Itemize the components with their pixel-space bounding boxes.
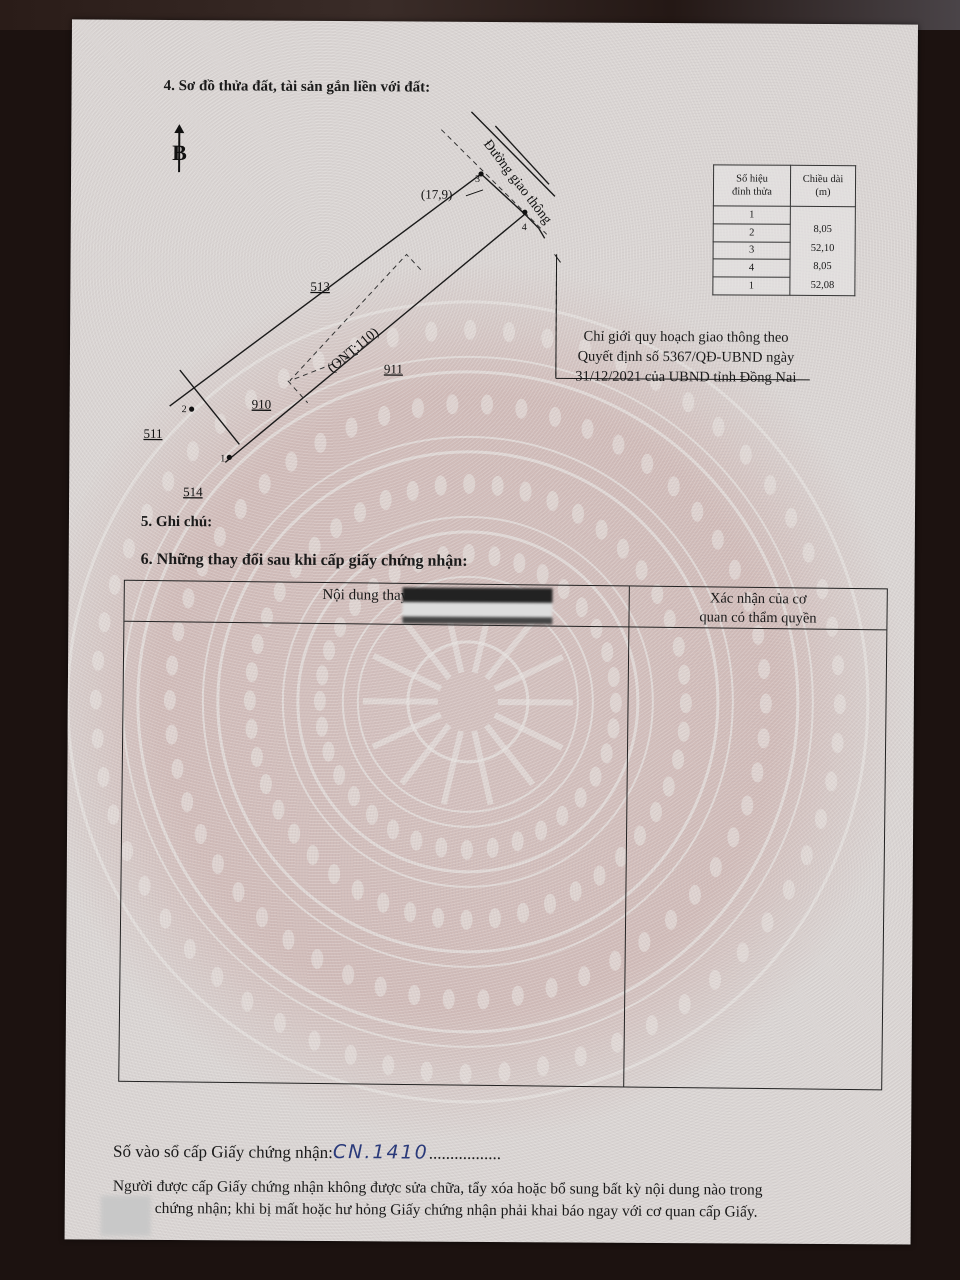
redacted-area	[402, 587, 552, 624]
changes-table: Nội dung thay đổi Xác nhận của cơ quan c…	[118, 580, 888, 1091]
length-value: 8,05	[791, 221, 855, 240]
warning-line-2: chứng nhận; khi bị mất hoặc hư hỏng Giấy…	[155, 1198, 758, 1224]
length-value: 52,10	[791, 239, 855, 258]
length-column: 8,05 52,10 8,05 52,08	[790, 206, 856, 295]
header-vertex-id: Số hiệuđỉnh thửa	[713, 165, 790, 206]
svg-text:3: 3	[475, 174, 480, 185]
length-value: 52,08	[790, 276, 854, 295]
length-value: 8,05	[790, 258, 854, 277]
svg-text:511: 511	[143, 426, 162, 441]
svg-text:2: 2	[182, 404, 187, 415]
redacted-area	[101, 1196, 151, 1236]
certificate-page: 4. Sơ đồ thửa đất, tài sản gắn liền với …	[65, 19, 918, 1244]
header-change-content: Nội dung thay đổi	[124, 581, 628, 631]
vertex-id: 1	[713, 206, 790, 224]
column-divider	[623, 586, 630, 1086]
svg-text:(ONT:110): (ONT:110)	[325, 325, 382, 376]
vertex-id: 3	[713, 241, 790, 259]
section6-title: 6. Những thay đổi sau khi cấp giấy chứng…	[141, 551, 468, 571]
vertex-id: 2	[713, 224, 790, 242]
svg-text:(17,9): (17,9)	[421, 187, 453, 202]
dotted-leader: .................	[429, 1144, 501, 1163]
register-value: CN.1410	[333, 1141, 429, 1164]
register-label: Số vào sổ cấp Giấy chứng nhận:	[113, 1142, 333, 1162]
vertex-id: 1	[713, 277, 790, 295]
svg-text:911: 911	[384, 361, 403, 376]
edge-length-table: Số hiệuđỉnh thửa Chiều dài(m) 1 8,05 52,…	[712, 164, 856, 296]
header-authority-confirmation: Xác nhận của cơ quan có thẩm quyền	[629, 586, 886, 631]
svg-text:4: 4	[522, 222, 527, 233]
vertex-id: 4	[713, 259, 790, 277]
svg-text:1: 1	[220, 453, 225, 464]
svg-text:514: 514	[183, 484, 203, 499]
section5-title: 5. Ghi chú:	[141, 514, 212, 531]
register-number-line: Số vào sổ cấp Giấy chứng nhận:CN.1410...…	[113, 1140, 501, 1164]
svg-text:513: 513	[310, 279, 330, 294]
svg-text:910: 910	[252, 397, 272, 412]
header-length: Chiều dài(m)	[790, 165, 855, 206]
planning-note: Chỉ giới quy hoạch giao thông theo Quyết…	[558, 326, 814, 388]
